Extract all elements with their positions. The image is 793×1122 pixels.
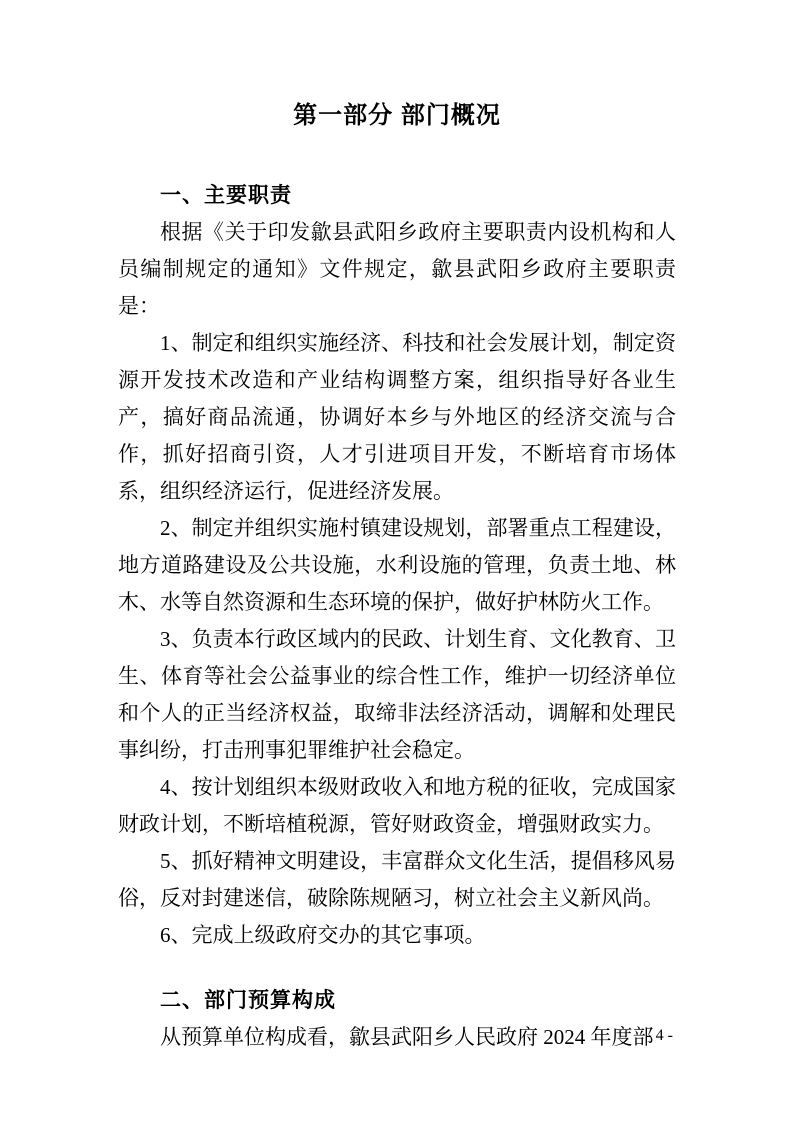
section-main-duties: 一、主要职责 根据《关于印发歙县武阳乡政府主要职责内设机构和人员编制规定的通知》… — [118, 177, 676, 954]
section-heading-budget-composition: 二、部门预算构成 — [118, 982, 676, 1019]
document-page: 第一部分 部门概况 一、主要职责 根据《关于印发歙县武阳乡政府主要职责内设机构和… — [0, 0, 793, 1122]
section-budget-composition: 二、部门预算构成 从预算单位构成看，歙县武阳乡人民政府 2024 年度部 — [118, 982, 676, 1056]
page-title: 第一部分 部门概况 — [118, 99, 676, 132]
paragraph-duty-1: 1、制定和组织实施经济、科技和社会发展计划，制定资源开发技术改造和产业结构调整方… — [118, 325, 676, 510]
page-content: 第一部分 部门概况 一、主要职责 根据《关于印发歙县武阳乡政府主要职责内设机构和… — [0, 0, 793, 1056]
paragraph-intro: 根据《关于印发歙县武阳乡政府主要职责内设机构和人员编制规定的通知》文件规定，歙县… — [118, 214, 676, 325]
paragraph-duty-6: 6、完成上级政府交办的其它事项。 — [118, 917, 676, 954]
paragraph-duty-2: 2、制定并组织实施村镇建设规划，部署重点工程建设，地方道路建设及公共设施，水利设… — [118, 510, 676, 621]
paragraph-duty-3: 3、负责本行政区域内的民政、计划生育、文化教育、卫生、体育等社会公益事业的综合性… — [118, 621, 676, 769]
page-number: - 4 - — [646, 1026, 673, 1046]
paragraph-duty-5: 5、抓好精神文明建设，丰富群众文化生活，提倡移风易俗，反对封建迷信，破除陈规陋习… — [118, 843, 676, 917]
paragraph-duty-4: 4、按计划组织本级财政收入和地方税的征收，完成国家财政计划，不断培植税源，管好财… — [118, 769, 676, 843]
paragraph-budget-intro: 从预算单位构成看，歙县武阳乡人民政府 2024 年度部 — [118, 1019, 676, 1056]
section-heading-main-duties: 一、主要职责 — [118, 177, 676, 214]
